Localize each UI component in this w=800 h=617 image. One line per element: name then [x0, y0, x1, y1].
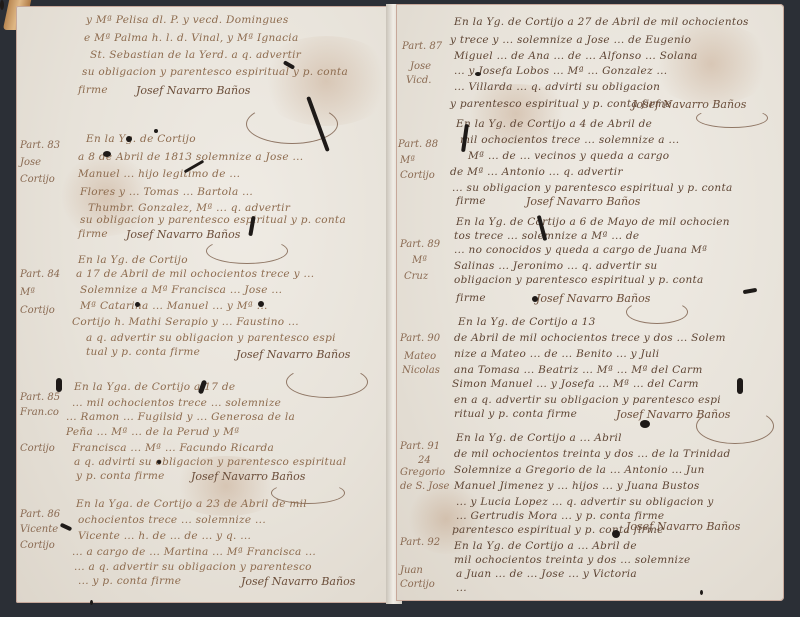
margin-note: Juan: [400, 564, 423, 577]
margin-note: Mª: [400, 154, 415, 167]
entry-line: Flores y ... Tomas ... Bartola ...: [80, 186, 253, 198]
entry-line: Thumbr. Gonzalez, Mª ... q. advertir: [88, 202, 290, 214]
entry-line: firme: [78, 84, 108, 96]
entry-line: ... mil ochocientos trece ... solemnize: [72, 397, 281, 409]
entry-line: firme: [456, 292, 486, 304]
entry-line: St. Sebastian de la Yerd. a q. advertir: [90, 49, 301, 61]
entry-line: En la Yga. de Cortijo a 23 de Abril de m…: [76, 498, 307, 510]
margin-note: Part. 84: [20, 268, 60, 281]
margin-note: Part. 92: [400, 536, 440, 549]
margin-note: Fran.co: [20, 406, 59, 419]
entry-line: En la Yg. de Cortijo a ... Abril de: [454, 540, 637, 552]
entry-line: En la Yg. de Cortijo a 6 de Mayo de mil …: [456, 216, 730, 228]
entry-line: En la Yg. de Cortijo: [86, 133, 196, 145]
signature-flourish: [286, 366, 368, 398]
margin-note: Gregorio: [400, 466, 445, 479]
entry-line: En la Yg. de Cortijo: [78, 254, 188, 266]
entry-line: ... y p. conta firme: [78, 575, 181, 587]
entry-line: ... no conocidos y queda a cargo de Juan…: [454, 244, 707, 256]
signature-flourish: [206, 238, 288, 264]
margin-note: Vicente: [20, 523, 58, 536]
entry-line: ... y Lucia Lopez ... q. advertir su obl…: [456, 496, 714, 508]
entry-line: tos trece ... solemnize a Mª ... de: [454, 230, 639, 242]
entry-line: a q. advirti su obligacion y parentesco …: [74, 456, 346, 468]
entry-line: su obligacion y parentesco espiritual y …: [82, 66, 348, 78]
entry-line: ochocientos trece ... solemnize ...: [78, 514, 266, 526]
entry-line: En la Yg. de Cortijo a 13: [458, 316, 596, 328]
margin-note: Part. 89: [400, 238, 440, 251]
margin-note: Cortijo: [400, 578, 435, 591]
margin-note: de S. Jose: [400, 480, 449, 493]
margin-note: Cortijo: [20, 442, 55, 455]
margin-note: Part. 90: [400, 332, 440, 345]
signature: Josef Navarro Baños: [191, 470, 305, 483]
right-page: Part. 87 Jose Vicd. En la Yg. de Cortijo…: [396, 4, 784, 601]
margin-note: Cortijo: [20, 539, 55, 552]
entry-line: y p. conta firme: [76, 470, 165, 482]
entry-line: en a q. advertir su obligacion y parente…: [454, 394, 721, 406]
entry-line: Francisca ... Mª ... Facundo Ricarda: [72, 442, 274, 454]
margin-note: Part. 83: [20, 139, 60, 152]
entry-line: ritual y p. conta firme: [454, 408, 577, 420]
entry-line: de Abril de mil ochocientos trece y dos …: [454, 332, 726, 344]
entry-line: ... su obligacion y parentesco espiritua…: [452, 182, 733, 194]
entry-line: ... Ramon ... Fugilsid y ... Generosa de…: [66, 411, 295, 423]
margin-note: Part. 91: [400, 440, 440, 453]
entry-line: a q. advertir su obligacion y parentesco…: [86, 332, 336, 344]
margin-note: Cortijo: [20, 173, 55, 186]
margin-note: Part. 87: [402, 40, 442, 53]
margin-note: Jose: [20, 156, 41, 169]
entry-line: ... a cargo de ... Martina ... Mª Franci…: [72, 546, 316, 558]
entry-line: Mª Catarina ... Manuel ... y Mª ...: [80, 300, 268, 312]
entry-line: ... a q. advertir su obligacion y parent…: [74, 561, 312, 573]
entry-line: Peña ... Mª ... de la Perud y Mª: [66, 426, 239, 438]
entry-line: mil ochocientos treinta y dos ... solemn…: [454, 554, 691, 566]
margin-note: Mª: [412, 254, 427, 267]
entry-line: y trece y ... solemnize a Jose ... de Eu…: [450, 34, 691, 46]
entry-line: obligacion y parentesco espiritual y p. …: [454, 274, 704, 286]
entry-line: En la Yga. de Cortijo a 17 de: [74, 381, 235, 393]
signature-flourish: [696, 408, 774, 444]
entry-line: Miguel ... de Ana ... de ... Alfonso ...…: [454, 50, 698, 62]
entry-line: y Mª Pelisa dl. P. y vecd. Domingues: [86, 14, 289, 26]
entry-line: ana Tomasa ... Beatriz ... Mª ... Mª del…: [454, 364, 703, 376]
margin-note: Jose: [410, 60, 431, 73]
entry-line: Cortijo h. Mathi Serapio y ... Faustino …: [72, 316, 299, 328]
entry-line: Mª ... de ... vecinos y queda a cargo: [468, 150, 669, 162]
signature: Josef Navarro Baños: [241, 575, 355, 588]
entry-line: En la Yg. de Cortijo a 4 de Abril de: [456, 118, 652, 130]
left-page: y Mª Pelisa dl. P. y vecd. Domingues e M…: [16, 6, 394, 603]
signature: Josef Navarro Baños: [526, 195, 640, 208]
entry-line: Manuel ... hijo legitimo de ...: [78, 168, 240, 180]
entry-line: nize a Mateo ... de ... Benito ... y Jul…: [454, 348, 659, 360]
entry-line: Solemnize a Mª Francisca ... Jose ...: [80, 284, 282, 296]
entry-line: Salinas ... Jeronimo ... q. advertir su: [454, 260, 657, 272]
signature: Josef Navarro Baños: [626, 520, 740, 533]
margin-note: Part. 88: [398, 138, 438, 151]
margin-note: Part. 86: [20, 508, 60, 521]
margin-note: Mª: [20, 286, 35, 299]
entry-line: tual y p. conta firme: [86, 346, 200, 358]
margin-note: Cortijo: [20, 304, 55, 317]
signature: Josef Navarro Baños: [126, 228, 240, 241]
entry-line: a Juan ... de ... Jose ... y Victoria: [456, 568, 637, 580]
entry-line: de mil ochocientos treinta y dos ... de …: [454, 448, 731, 460]
entry-line: Simon Manuel ... y Josefa ... Mª ... del…: [452, 378, 699, 390]
entry-line: su obligacion y parentesco espiritual y …: [80, 214, 346, 226]
entry-line: ... Villarda ... q. advirti su obligacio…: [454, 81, 660, 93]
entry-line: firme: [78, 228, 108, 240]
signature-flourish: [696, 108, 768, 128]
margin-note: Vicd.: [406, 74, 431, 87]
entry-line: ... y Josefa Lobos ... Mª ... Gonzalez .…: [454, 65, 667, 77]
margin-note: Part. 85: [20, 391, 60, 404]
signature-flourish: [626, 300, 688, 324]
signature: Josef Navarro Baños: [236, 348, 350, 361]
entry-line: de Mª ... Antonio ... q. advertir: [450, 166, 623, 178]
entry-line: a 8 de Abril de 1813 solemnize a Jose ..…: [78, 151, 303, 163]
entry-line: firme: [456, 195, 486, 207]
margin-note: Cruz: [404, 270, 428, 283]
entry-line: ...: [456, 582, 467, 594]
margin-note: Nicolas: [402, 364, 440, 377]
manuscript-spread: y Mª Pelisa dl. P. y vecd. Domingues e M…: [0, 0, 800, 617]
entry-line: a 17 de Abril de mil ochocientos trece y…: [76, 268, 314, 280]
margin-note: Cortijo: [400, 169, 435, 182]
entry-line: En la Yg. de Cortijo a 27 de Abril de mi…: [454, 16, 749, 28]
entry-line: Manuel Jimenez y ... hijos ... y Juana B…: [454, 480, 700, 492]
entry-line: En la Yg. de Cortijo a ... Abril: [456, 432, 622, 444]
entry-line: e Mª Palma h. l. d. Vinal, y Mª Ignacia: [84, 32, 299, 44]
margin-note: Mateo: [404, 350, 436, 363]
entry-line: Solemnize a Gregorio de la ... Antonio .…: [454, 464, 705, 476]
signature: Josef Navarro Baños: [136, 84, 250, 97]
entry-line: mil ochocientos trece ... solemnize a ..…: [460, 134, 679, 146]
entry-line: Vicente ... h. de ... de ... y q. ...: [78, 530, 251, 542]
